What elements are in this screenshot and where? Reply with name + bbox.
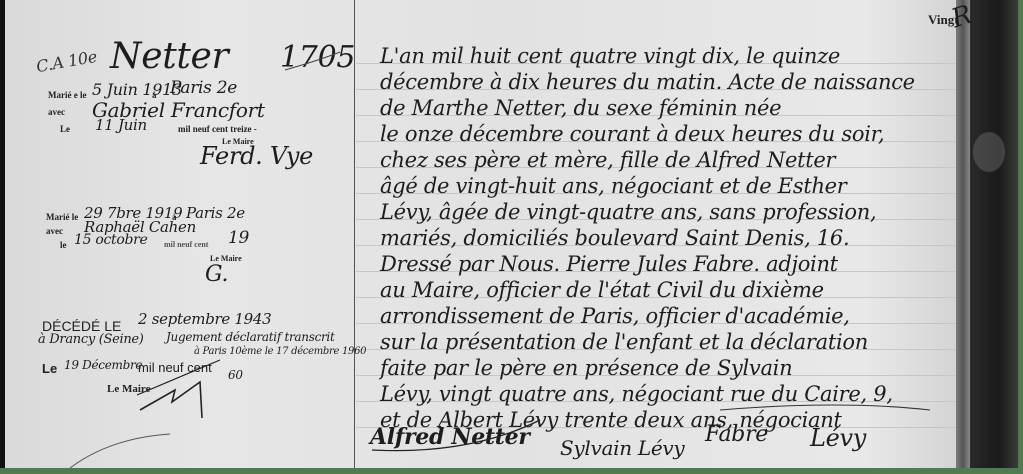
pen-strokes [0,0,1018,468]
document-scan: Vingt R C.A 10e Netter 1705 Marié e le 5… [0,0,1018,468]
